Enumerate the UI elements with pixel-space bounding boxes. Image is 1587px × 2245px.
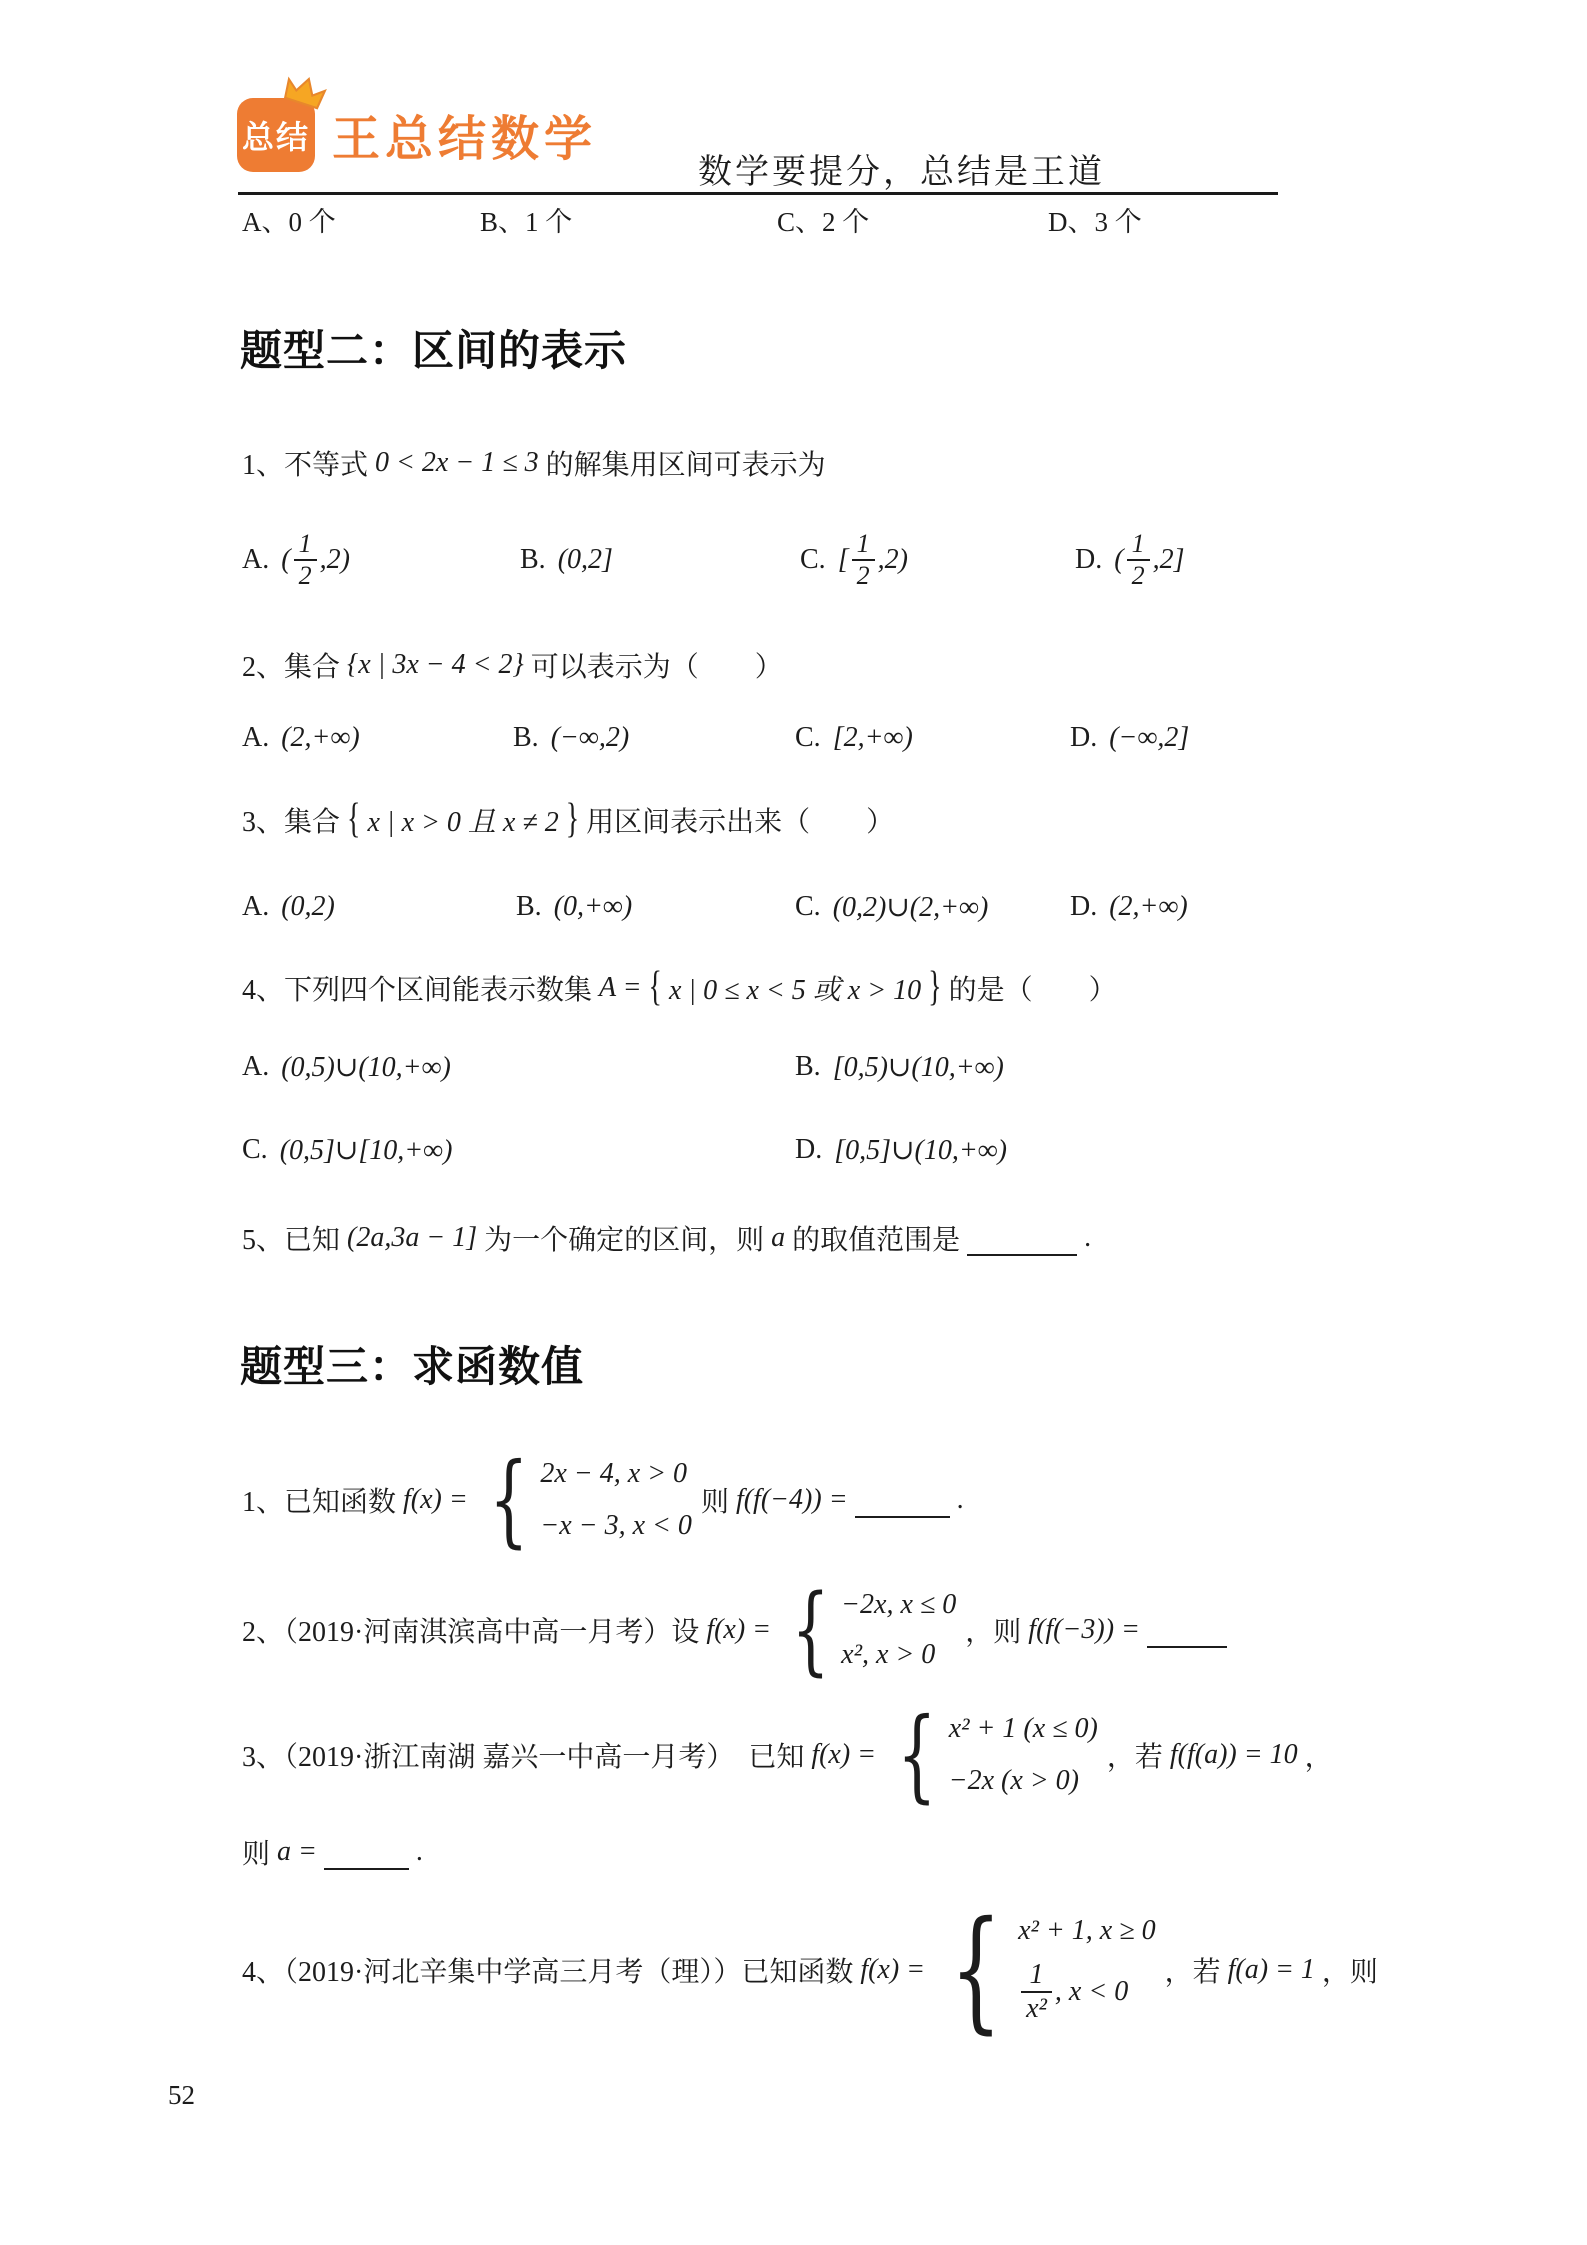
s2-q3-pre: 3、集合 bbox=[242, 800, 340, 840]
s2-q4-pre: 4、下列四个区间能表示数集 bbox=[242, 968, 592, 1008]
fraction-numerator: 1 bbox=[1127, 529, 1150, 559]
s2-q1-option-b: B. (0,2] bbox=[520, 518, 613, 602]
piecewise-brace: { bbox=[950, 1904, 1002, 2036]
s2-q5-var: a bbox=[771, 1222, 785, 1254]
option-math: [0,5]∪(10,+∞) bbox=[834, 1133, 1007, 1167]
option-label: B. bbox=[795, 1051, 821, 1083]
s2-q4-math: x | 0 ≤ x < 5 或 x > 10 bbox=[669, 968, 921, 1008]
header-divider bbox=[238, 192, 1278, 195]
fraction: 1 x² bbox=[1021, 1959, 1052, 2025]
s2-q1-option-d: D. ( 1 2 ,2] bbox=[1075, 518, 1184, 602]
s3-q2-fx: f(x) = bbox=[706, 1614, 771, 1646]
fraction-denominator: 2 bbox=[294, 559, 317, 591]
answer-blank bbox=[324, 1848, 409, 1870]
option-math: (−∞,2] bbox=[1109, 722, 1189, 754]
s3-q4-post: ，若 bbox=[1165, 1950, 1221, 1990]
option-label: A. bbox=[242, 891, 269, 923]
s2-q1-option-c: C. [ 1 2 ,2) bbox=[800, 518, 908, 602]
option-label: D. bbox=[1070, 722, 1097, 754]
fraction-denominator: 2 bbox=[852, 559, 875, 591]
piecewise-function: { 2x − 4, x > 0 −x − 3, x < 0 bbox=[477, 1450, 692, 1550]
s3-q4-post-math: f(a) = 1 bbox=[1228, 1954, 1315, 1986]
option-label: B. bbox=[520, 544, 546, 576]
s3-q1-stem: 1、已知函数 f(x) = { 2x − 4, x > 0 −x − 3, x … bbox=[242, 1450, 964, 1550]
fraction-numerator: 1 bbox=[852, 529, 875, 559]
option-math: (0,2)∪(2,+∞) bbox=[833, 890, 989, 924]
s2-q3-option-b: B. (0,+∞) bbox=[516, 885, 632, 929]
s3-q3-post2: ， bbox=[1305, 1735, 1333, 1775]
s3-q3-line2-cn: 则 bbox=[242, 1832, 270, 1872]
s2-q2-post: 可以表示为（ ） bbox=[531, 645, 783, 685]
s2-q5-tail: . bbox=[1084, 1222, 1091, 1254]
section2-title: 题型二：区间的表示 bbox=[240, 318, 627, 378]
option-label: B. bbox=[516, 891, 542, 923]
s2-q2-option-b: B. (−∞,2) bbox=[513, 718, 629, 758]
piecewise-brace: { bbox=[792, 1582, 830, 1678]
option-label: D. bbox=[1075, 544, 1102, 576]
fraction: 1 2 bbox=[1127, 529, 1150, 591]
carryover-option-d: D、3 个 bbox=[1048, 200, 1142, 239]
piecewise-function: { x² + 1, x ≥ 0 1 x² , x < 0 bbox=[934, 1904, 1156, 2036]
s2-q2-option-c: C. [2,+∞) bbox=[795, 718, 913, 758]
answer-blank bbox=[967, 1234, 1077, 1256]
interval-open: [ bbox=[838, 544, 849, 576]
s2-q2-stem: 2、集合 {x | 3x − 4 < 2} 可以表示为（ ） bbox=[242, 645, 783, 685]
s3-q3-pre: 3、（2019·浙江南湖 嘉兴一中高一月考） 已知 bbox=[242, 1735, 804, 1775]
piecewise-brace: { bbox=[897, 1705, 936, 1805]
s3-q1-pre: 1、已知函数 bbox=[242, 1480, 396, 1520]
s2-q3-option-c: C. (0,2)∪(2,+∞) bbox=[795, 885, 988, 929]
left-brace: { bbox=[649, 964, 662, 1012]
s3-q3-line2: 则 a = . bbox=[242, 1832, 423, 1872]
s2-q5-math: (2a,3a − 1] bbox=[347, 1222, 477, 1254]
piecewise-row: x² + 1, x ≥ 0 bbox=[1018, 1915, 1156, 1947]
s3-q2-post-math: f(f(−3)) = bbox=[1028, 1614, 1140, 1646]
s3-q1-post-math: f(f(−4)) = bbox=[736, 1484, 848, 1516]
option-math: (2,+∞) bbox=[281, 722, 360, 754]
fraction-denominator: 2 bbox=[1127, 559, 1150, 591]
option-label: A. bbox=[242, 544, 269, 576]
s3-q1-post: 则 bbox=[701, 1480, 729, 1520]
piecewise-row: 2x − 4, x > 0 bbox=[540, 1458, 692, 1490]
option-math: (0,5)∪(10,+∞) bbox=[281, 1050, 451, 1084]
s2-q1-stem: 1、不等式 0 < 2x − 1 ≤ 3 的解集用区间可表示为 bbox=[242, 443, 826, 483]
s2-q4-option-a: A. (0,5)∪(10,+∞) bbox=[242, 1045, 451, 1089]
fraction: 1 2 bbox=[294, 529, 317, 591]
s3-q4-post2: ，则 bbox=[1322, 1950, 1378, 1990]
s2-q5-pre: 5、已知 bbox=[242, 1218, 340, 1258]
interval-open: ( bbox=[281, 544, 290, 576]
piecewise-row: x² + 1 (x ≤ 0) bbox=[949, 1713, 1098, 1745]
s3-q3-line2-tail: . bbox=[416, 1836, 423, 1868]
s2-q3-stem: 3、集合 { x | x > 0 且 x ≠ 2 } 用区间表示出来（ ） bbox=[242, 800, 894, 840]
option-label: A. bbox=[242, 722, 269, 754]
right-brace: } bbox=[566, 796, 579, 844]
piecewise-row: −2x (x > 0) bbox=[949, 1765, 1098, 1797]
piecewise-row: 1 x² , x < 0 bbox=[1018, 1959, 1156, 2025]
s3-q3-line2-math: a = bbox=[277, 1836, 317, 1868]
piecewise-row: −x − 3, x < 0 bbox=[540, 1510, 692, 1542]
worksheet-page: 总结 王总结数学 数学要提分，总结是王道 A、0 个 B、1 个 C、2 个 D… bbox=[0, 0, 1587, 2245]
piecewise-brace: { bbox=[489, 1450, 528, 1550]
fraction-numerator: 1 bbox=[1021, 1959, 1052, 1991]
option-label: D. bbox=[795, 1134, 822, 1166]
s2-q4-setname: A = bbox=[599, 972, 642, 1004]
s2-q1-post: 的解集用区间可表示为 bbox=[546, 443, 826, 483]
s2-q2-pre: 2、集合 bbox=[242, 645, 340, 685]
option-math: (2,+∞) bbox=[1109, 891, 1188, 923]
s2-q4-option-b: B. [0,5)∪(10,+∞) bbox=[795, 1045, 1004, 1089]
s2-q5-post: 的取值范围是 bbox=[792, 1218, 960, 1258]
option-math: (0,2] bbox=[558, 544, 613, 576]
s3-q4-fx: f(x) = bbox=[860, 1954, 925, 1986]
piecewise-function: { x² + 1 (x ≤ 0) −2x (x > 0) bbox=[885, 1705, 1098, 1805]
option-label: A. bbox=[242, 1051, 269, 1083]
carryover-option-b: B、1 个 bbox=[480, 200, 572, 239]
s3-q1-fx: f(x) = bbox=[403, 1484, 468, 1516]
s3-q3-fx: f(x) = bbox=[811, 1739, 876, 1771]
s2-q3-post: 用区间表示出来（ ） bbox=[586, 800, 894, 840]
s2-q5-mid: 为一个确定的区间，则 bbox=[484, 1218, 764, 1258]
answer-blank bbox=[855, 1496, 950, 1518]
s2-q1-option-a: A. ( 1 2 ,2) bbox=[242, 518, 350, 602]
brand-name: 王总结数学 bbox=[332, 100, 597, 169]
option-math: (0,5]∪[10,+∞) bbox=[280, 1133, 453, 1167]
fraction-numerator: 1 bbox=[294, 529, 317, 559]
fraction-denominator: x² bbox=[1021, 1991, 1052, 2025]
right-brace: } bbox=[928, 964, 941, 1012]
s2-q2-option-d: D. (−∞,2] bbox=[1070, 718, 1189, 758]
option-label: B. bbox=[513, 722, 539, 754]
s2-q2-math: {x | 3x − 4 < 2} bbox=[347, 649, 524, 681]
s2-q1-math: 0 < 2x − 1 ≤ 3 bbox=[375, 447, 539, 479]
section3-title: 题型三：求函数值 bbox=[240, 1334, 584, 1394]
s3-q3-stem: 3、（2019·浙江南湖 嘉兴一中高一月考） 已知 f(x) = { x² + … bbox=[242, 1700, 1333, 1810]
carryover-option-a: A、0 个 bbox=[242, 200, 336, 239]
carryover-answer-row: A、0 个 B、1 个 C、2 个 D、3 个 bbox=[0, 200, 1587, 236]
option-label: C. bbox=[242, 1134, 268, 1166]
s2-q5-stem: 5、已知 (2a,3a − 1] 为一个确定的区间，则 a 的取值范围是 . bbox=[242, 1218, 1091, 1258]
s3-q4-pre: 4、（2019·河北辛集中学高三月考（理））已知函数 bbox=[242, 1950, 853, 1990]
s3-q1-tail: . bbox=[957, 1484, 964, 1516]
s2-q3-option-d: D. (2,+∞) bbox=[1070, 885, 1188, 929]
option-math: [2,+∞) bbox=[833, 722, 913, 754]
s3-q3-post-math: f(f(a)) = 10 bbox=[1170, 1739, 1298, 1771]
option-math: (0,+∞) bbox=[554, 891, 633, 923]
option-math: (−∞,2) bbox=[551, 722, 630, 754]
s2-q4-post: 的是（ ） bbox=[949, 968, 1117, 1008]
left-brace: { bbox=[347, 796, 360, 844]
option-label: C. bbox=[795, 891, 821, 923]
option-label: C. bbox=[800, 544, 826, 576]
s3-q4-stem: 4、（2019·河北辛集中学高三月考（理））已知函数 f(x) = { x² +… bbox=[242, 1900, 1378, 2040]
piecewise-function: { −2x, x ≤ 0 x², x > 0 bbox=[780, 1582, 956, 1678]
s2-q1-pre: 1、不等式 bbox=[242, 443, 368, 483]
piecewise-row-tail: , x < 0 bbox=[1055, 1976, 1128, 2008]
s2-q4-option-d: D. [0,5]∪(10,+∞) bbox=[795, 1128, 1007, 1172]
option-math: [0,5)∪(10,+∞) bbox=[833, 1050, 1004, 1084]
carryover-option-c: C、2 个 bbox=[777, 200, 869, 239]
s3-q2-pre: 2、（2019·河南淇滨高中高一月考）设 bbox=[242, 1610, 699, 1650]
s2-q3-option-a: A. (0,2) bbox=[242, 885, 335, 929]
fraction: 1 2 bbox=[852, 529, 875, 591]
s2-q4-stem: 4、下列四个区间能表示数集 A = { x | 0 ≤ x < 5 或 x > … bbox=[242, 968, 1117, 1008]
page-number: 52 bbox=[168, 2080, 195, 2111]
s3-q3-post: ，若 bbox=[1107, 1735, 1163, 1775]
option-label: D. bbox=[1070, 891, 1097, 923]
s2-q2-option-a: A. (2,+∞) bbox=[242, 718, 360, 758]
option-math: (0,2) bbox=[281, 891, 335, 923]
option-label: C. bbox=[795, 722, 821, 754]
logo-badge-text: 总结 bbox=[242, 112, 310, 158]
interval-close: ,2) bbox=[878, 544, 908, 576]
brand-tagline: 数学要提分，总结是王道 bbox=[698, 144, 1105, 193]
interval-close: ,2] bbox=[1153, 544, 1185, 576]
answer-blank bbox=[1147, 1626, 1227, 1648]
s2-q4-option-c: C. (0,5]∪[10,+∞) bbox=[242, 1128, 452, 1172]
piecewise-row: x², x > 0 bbox=[841, 1639, 956, 1671]
s3-q2-post: ，则 bbox=[965, 1610, 1021, 1650]
piecewise-row: −2x, x ≤ 0 bbox=[841, 1589, 956, 1621]
s2-q3-math: x | x > 0 且 x ≠ 2 bbox=[367, 800, 558, 840]
interval-open: ( bbox=[1114, 544, 1123, 576]
interval-close: ,2) bbox=[320, 544, 350, 576]
s3-q2-stem: 2、（2019·河南淇滨高中高一月考）设 f(x) = { −2x, x ≤ 0… bbox=[242, 1580, 1227, 1680]
